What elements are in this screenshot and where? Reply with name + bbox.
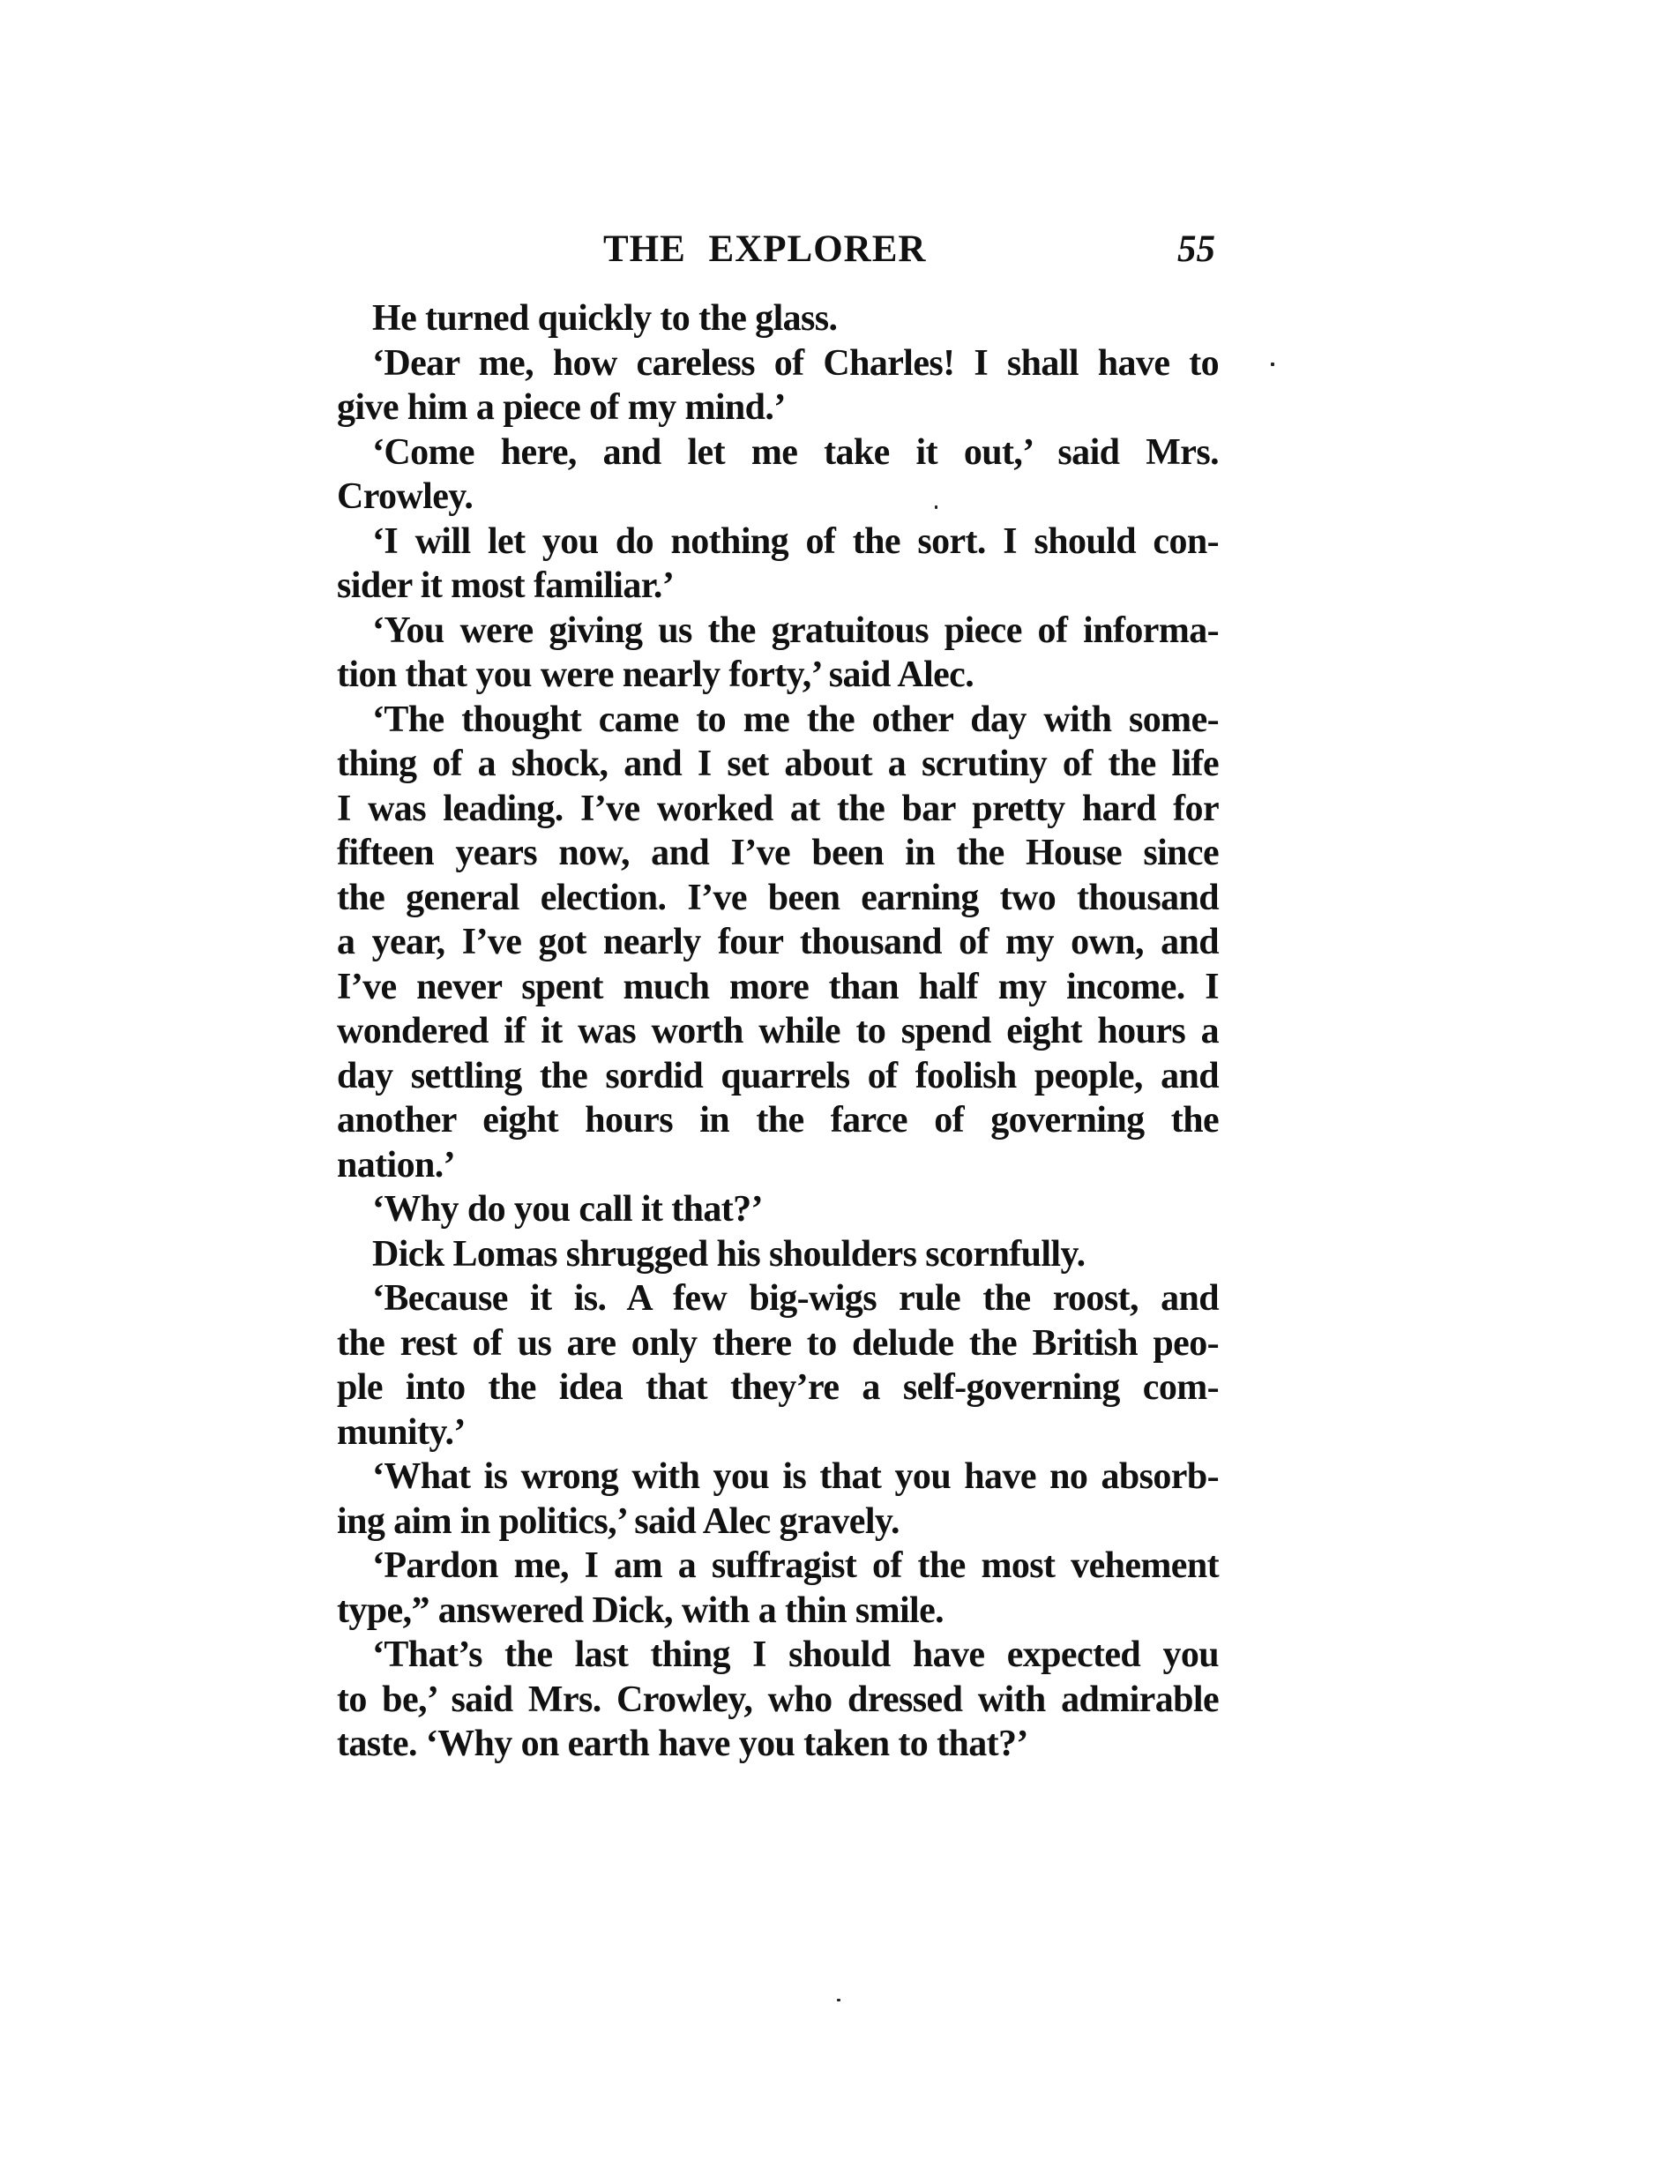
text-line: I was leading. I’ve worked at the bar pr… bbox=[337, 787, 1219, 832]
text-line: sider it most familiar.’ bbox=[337, 564, 1219, 609]
text-line: munity.’ bbox=[337, 1410, 1219, 1455]
text-line: Dick Lomas shrugged his shoulders scornf… bbox=[337, 1232, 1219, 1277]
page-number: 55 bbox=[1177, 228, 1215, 272]
text-line: give him a piece of my mind.’ bbox=[337, 385, 1219, 430]
text-line: ‘Because it is. A few big-wigs rule the … bbox=[337, 1276, 1219, 1321]
text-line: another eight hours in the farce of gove… bbox=[337, 1098, 1219, 1143]
text-line: to be,’ said Mrs. Crowley, who dressed w… bbox=[337, 1678, 1219, 1723]
text-line: wondered if it was worth while to spend … bbox=[337, 1009, 1219, 1054]
text-line: a year, I’ve got nearly four thousand of… bbox=[337, 920, 1219, 965]
text-line: ‘Come here, and let me take it out,’ sai… bbox=[337, 430, 1219, 475]
text-line: ‘You were giving us the gratuitous piece… bbox=[337, 609, 1219, 654]
running-title: THE EXPLORER bbox=[603, 228, 926, 272]
scan-speck bbox=[837, 1999, 840, 2001]
text-line: the general election. I’ve been earning … bbox=[337, 876, 1219, 921]
scan-speck bbox=[935, 505, 937, 509]
body-text: He turned quickly to the glass.‘Dear me,… bbox=[337, 296, 1219, 1767]
text-line: nation.’ bbox=[337, 1143, 1219, 1188]
text-line: ‘Dear me, how careless of Charles! I sha… bbox=[337, 341, 1219, 386]
text-line: ‘Pardon me, I am a suffragist of the mos… bbox=[337, 1544, 1219, 1589]
scan-speck bbox=[1271, 363, 1274, 366]
text-line: ing aim in politics,’ said Alec gravely. bbox=[337, 1500, 1219, 1545]
text-line: ‘The thought came to me the other day wi… bbox=[337, 698, 1219, 743]
text-line: ple into the idea that they’re a self-go… bbox=[337, 1365, 1219, 1410]
text-line: day settling the sordid quarrels of fool… bbox=[337, 1054, 1219, 1099]
text-line: Crowley. bbox=[337, 475, 1219, 520]
text-line: type,” answered Dick, with a thin smile. bbox=[337, 1589, 1219, 1634]
text-line: ‘Why do you call it that?’ bbox=[337, 1187, 1219, 1232]
text-line: ‘That’s the last thing I should have exp… bbox=[337, 1633, 1219, 1678]
text-line: ‘What is wrong with you is that you have… bbox=[337, 1455, 1219, 1500]
text-line: fifteen years now, and I’ve been in the … bbox=[337, 831, 1219, 876]
text-line: tion that you were nearly forty,’ said A… bbox=[337, 653, 1219, 698]
text-line: the rest of us are only there to delude … bbox=[337, 1321, 1219, 1366]
text-line: I’ve never spent much more than half my … bbox=[337, 965, 1219, 1010]
text-line: taste. ‘Why on earth have you taken to t… bbox=[337, 1722, 1219, 1767]
running-head: THE EXPLORER 55 bbox=[337, 228, 1219, 272]
text-line: thing of a shock, and I set about a scru… bbox=[337, 742, 1219, 787]
text-line: He turned quickly to the glass. bbox=[337, 296, 1219, 341]
text-line: ‘I will let you do nothing of the sort. … bbox=[337, 520, 1219, 565]
